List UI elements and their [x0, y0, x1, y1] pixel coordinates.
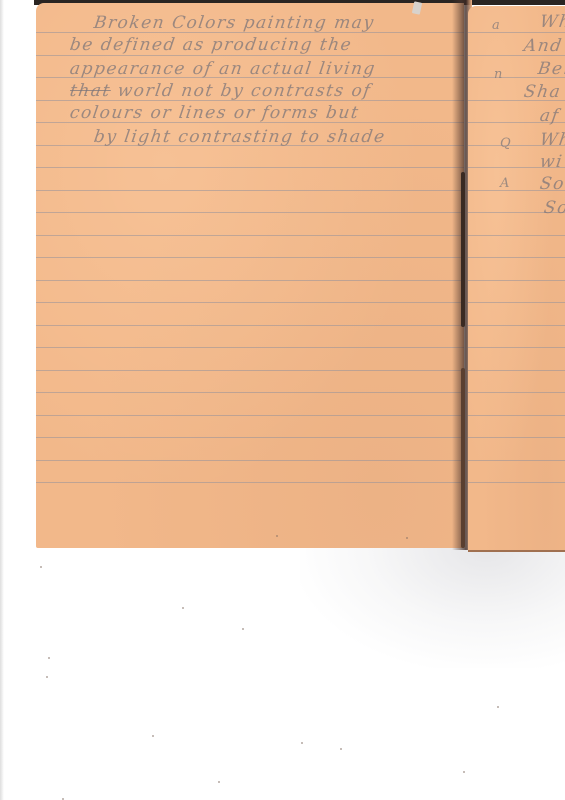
right-handwriting-line: Wh: [539, 12, 565, 32]
scan-speck: [301, 742, 303, 744]
binding-tear: [461, 368, 465, 548]
right-handwriting-line: wi: [539, 152, 565, 172]
ruled-line: [36, 460, 464, 461]
scan-speck: [46, 676, 48, 678]
margin-mark: Q: [500, 136, 511, 151]
ruled-line: [468, 437, 565, 438]
ruled-line: [36, 370, 464, 371]
ruled-line: [36, 257, 464, 258]
right-handwriting-line: So: [539, 174, 565, 194]
margin-mark: A: [500, 176, 509, 191]
ruled-line: [468, 32, 565, 33]
ruled-line: [468, 415, 565, 416]
scan-speck: [497, 706, 499, 708]
ruled-line: [36, 437, 464, 438]
ruled-line: [36, 235, 464, 236]
right-handwriting-line: And: [523, 36, 564, 56]
ruled-line: [468, 370, 565, 371]
struck-word: that: [69, 81, 113, 101]
ruled-line: [468, 325, 565, 326]
scan-speck: [182, 607, 184, 609]
ruled-line: [468, 482, 565, 483]
right-page: a n Q A Wh And Ben Sha af Wh wi So So: [468, 6, 565, 552]
handwriting-line-4: that world not by contrasts of: [69, 81, 373, 101]
scan-speck: [340, 748, 342, 750]
scan-speck: [242, 628, 244, 630]
handwriting-line-5: colours or lines or forms but: [69, 103, 361, 123]
scan-speck: [218, 781, 220, 783]
handwriting-line-4-rest: world not by contrasts of: [109, 81, 372, 101]
ruled-line: [36, 482, 464, 483]
right-handwriting-line: Ben: [537, 59, 565, 79]
handwriting-line-2: be defined as producing the: [69, 35, 354, 55]
ruled-line: [36, 347, 464, 348]
handwriting-line-6: by light contrasting to shade: [93, 127, 387, 147]
margin-mark: n: [494, 67, 502, 82]
right-handwriting-line: Sha: [523, 82, 563, 102]
ruled-line: [468, 392, 565, 393]
ruled-line: [36, 392, 464, 393]
ruled-line: [468, 257, 565, 258]
binding-tear: [461, 172, 465, 327]
scanned-notebook: Broken Colors painting may be defined as…: [0, 0, 565, 800]
scan-speck: [40, 566, 42, 568]
ruled-line: [36, 302, 464, 303]
scan-speck: [152, 735, 154, 737]
scan-edge-shadow: [0, 0, 4, 800]
ruled-line: [36, 325, 464, 326]
ruled-line: [468, 347, 565, 348]
ruled-line: [36, 280, 464, 281]
ruled-line: [468, 280, 565, 281]
ruled-line: [36, 190, 464, 191]
ruled-line: [36, 415, 464, 416]
right-handwriting-line: Wh: [539, 130, 565, 150]
left-page: Broken Colors painting may be defined as…: [36, 3, 464, 548]
right-handwriting-line: af: [539, 106, 561, 126]
right-handwriting-line: So: [543, 198, 565, 218]
ruled-line: [468, 235, 565, 236]
paper-speck: [276, 535, 278, 537]
handwriting-line-3: appearance of an actual living: [69, 59, 378, 79]
ruled-line: [468, 460, 565, 461]
margin-mark: a: [492, 18, 500, 33]
paper-speck: [406, 537, 408, 539]
notebook-shadow: [300, 548, 565, 668]
ruled-line: [36, 167, 464, 168]
scan-speck: [463, 771, 465, 773]
handwriting-line-1: Broken Colors painting may: [93, 13, 376, 33]
ruled-line: [468, 302, 565, 303]
ruled-line: [36, 212, 464, 213]
scan-speck: [48, 657, 50, 659]
